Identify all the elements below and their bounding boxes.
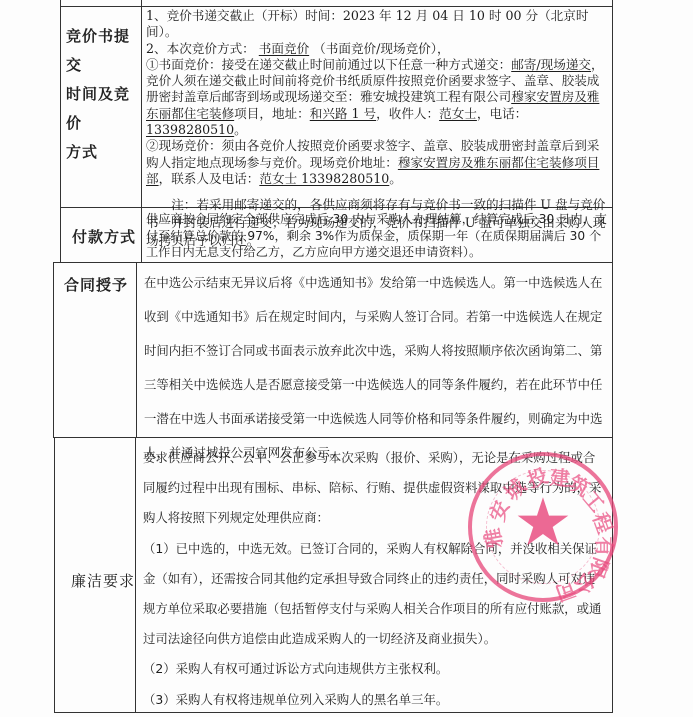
bid-label-line-3: 方式 (66, 138, 138, 167)
written-bid-after-project: 项目，地址： (234, 106, 310, 121)
integrity-line-7: 过司法途径向供方追偿由此造成采购人的一切经济及商业损失）。 (143, 624, 605, 654)
onsite-contact: 范女士 13398280510 (259, 171, 389, 186)
integrity-line-8: （2）采购人有权可通过诉讼方式向违规供方主张权利。 (143, 654, 605, 684)
integrity-line-9: （3）采购人有权将违规单位列入采购人的黑名单三年。 (143, 685, 605, 715)
written-bid-phone-label: ，电话： (477, 106, 527, 121)
bid-label-line-2: 时间及竞价 (66, 80, 138, 138)
onsite-bid-end: 。 (389, 171, 402, 186)
bid-label-line-1: 竞价书提交 (66, 22, 138, 80)
integrity-line-2: 同履约过程中出现有围标、串标、陪标、行贿、提供虚假资料谋取中选等行为的，采 (143, 473, 605, 503)
bid-method: 2、本次竞价方式： 书面竞价 （书面竞价/现场竞价）， (146, 41, 608, 57)
integrity-line-5: 金（如有），还需按合同其他约定承担导致合同终止的违约责任，同时采购人可对违 (143, 564, 605, 594)
contract-line-1: 在中选公示结束无异议后将《中选通知书》发给第一中选候选人。第一中选候选人在 (144, 266, 606, 300)
integrity-line-4: （1）已中选的，中选无效。已签订合同的，采购人有权解除合同，并没收相关保证 (143, 534, 605, 564)
integrity-line-1: 要求供应商公开、公平、公正参与本次采购（报价、采购），无论是在采购过程或合 (143, 443, 605, 473)
contract-line-5: 一潜在中选人书面承诺接受第一中选候选人同等价格和同等条件履约，则确定为中选 (144, 402, 606, 436)
written-bid-phone: 13398280510 (146, 122, 234, 137)
contract-line-4: 三等相关中选候选人是否愿意接受第一中选候选人的同等条件履约，若在此环节中任 (144, 368, 606, 402)
integrity-line-3: 购人将按照下列规定处理供应商： (143, 503, 605, 533)
onsite-contact-label: ，联系人及电话： (159, 171, 260, 186)
written-bid-address: 和兴路 1 号 (310, 106, 376, 121)
bid-deadline: 1、竞价书递交截止（开标）时间：2023 年 12 月 04 日 10 时 00… (146, 8, 608, 41)
column-divider (141, 0, 142, 262)
row-divider-top (61, 6, 612, 7)
onsite-bid-paragraph: ②现场竞价：须由各竞价人按照竞价函要求签字、盖章、胶装成册密封盖章后到采购人指定… (146, 138, 608, 187)
written-bid-recipient-label: ，收件人： (376, 106, 439, 121)
integrity-line-6: 规方单位采取必要措施（包括暂停支付与采购人相关合作项目的所有应付账款，或通 (143, 594, 605, 624)
column-divider (135, 438, 136, 712)
contract-line-3: 时间内拒不签订合同或书面表示放弃此次中选，采购人将按照顺序依次函询第二、第 (144, 334, 606, 368)
written-bid-prefix: ①书面竞价：接受在递交截止时间前通过以下任意一种方式递交： (146, 57, 511, 72)
contract-line-2: 收到《中选通知书》后在规定时间内，与采购人签订合同。若第一中选候选人在规定 (144, 300, 606, 334)
document-page: 竞价书提交 时间及竞价 方式 1、竞价书递交截止（开标）时间：2023 年 12… (0, 0, 693, 717)
written-bid-recipient: 范女士 (439, 106, 477, 121)
bid-section-label: 竞价书提交 时间及竞价 方式 (66, 22, 138, 167)
written-bid-end: 。 (234, 122, 247, 137)
payment-section-label: 付款方式 (72, 226, 136, 247)
contract-section-label: 合同授予 (64, 274, 128, 295)
column-divider (136, 263, 137, 437)
payment-section-content: 供应商按合同约定全部供应完成后 30 内与采购人办理结算，结算完成后 30 日内… (146, 211, 608, 261)
written-bid-paragraph: ①书面竞价：接受在递交截止时间前通过以下任意一种方式递交：邮寄/现场递交，竞价人… (146, 57, 608, 138)
bid-method-suffix: （书面竞价/现场竞价）， (313, 41, 449, 56)
integrity-section-content: 要求供应商公开、公平、公正参与本次采购（报价、采购），无论是在采购过程或合 同履… (143, 443, 605, 715)
bid-method-value: 书面竞价 (259, 41, 309, 56)
written-bid-method: 邮寄/现场递交 (511, 57, 591, 72)
bid-method-prefix: 2、本次竞价方式： (146, 41, 255, 56)
integrity-section-label: 廉洁要求 (71, 570, 135, 591)
